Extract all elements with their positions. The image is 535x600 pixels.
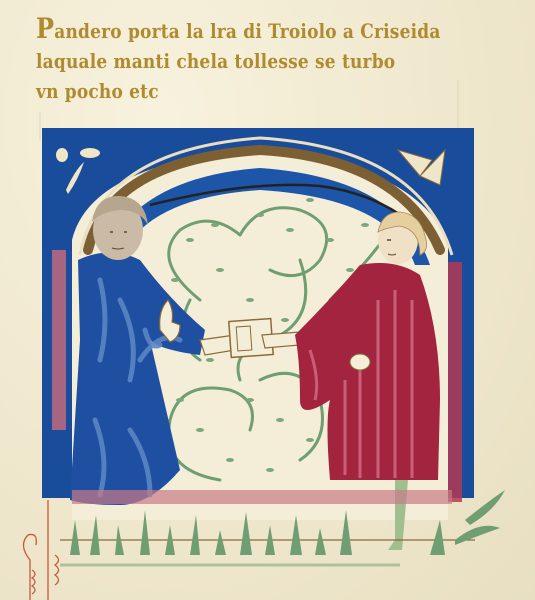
ground-band (72, 490, 452, 504)
pen-flourish (23, 500, 58, 600)
right-pillar (448, 262, 462, 502)
illumination (0, 0, 535, 600)
left-pillar (52, 250, 66, 430)
